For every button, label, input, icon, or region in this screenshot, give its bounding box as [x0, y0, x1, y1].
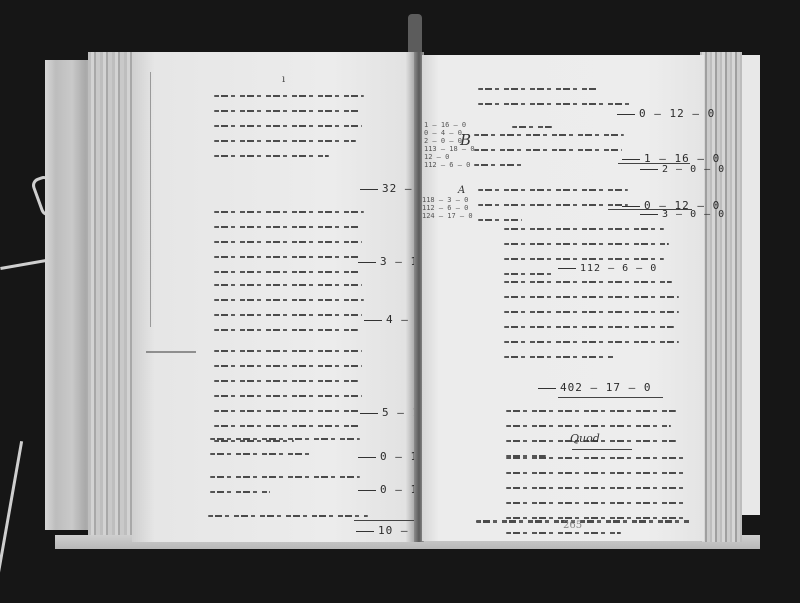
page-stack-left — [88, 52, 138, 542]
entry-amount: 402 – 17 – 0 — [538, 381, 651, 394]
left-margin-rule — [150, 72, 151, 327]
folio-number: 265 — [563, 520, 582, 531]
ledger-entry-text — [478, 88, 633, 118]
ledger-entry-text — [214, 211, 364, 286]
ledger-entry-text — [208, 515, 368, 530]
page-stack-right — [700, 52, 742, 542]
margin-letter-a: A — [458, 185, 465, 196]
total-rule — [354, 520, 416, 521]
left-page: ı 32 – 18 – 0 3 – 15 – 0 4 – 16 – 0 5 – … — [132, 52, 417, 542]
ledger-entry-text — [214, 95, 364, 170]
ledger-entry-text — [504, 228, 669, 288]
total-rule — [558, 397, 663, 398]
margin-letter-b: B — [460, 131, 471, 149]
ledger-entry-text — [476, 520, 690, 536]
header-mark: ı — [282, 74, 285, 85]
ledger-entry-text — [210, 476, 360, 506]
ledger-entry-text — [474, 126, 624, 179]
closing-rule — [572, 449, 632, 450]
entry-amount: 0 – 12 – 0 — [617, 107, 715, 120]
book-spine — [408, 14, 422, 54]
margin-annotation — [146, 351, 196, 353]
entry-subtotal: 3 – 0 – 0 — [640, 209, 725, 220]
ledger-entry-text — [214, 284, 364, 344]
ledger-entry-text — [504, 281, 679, 371]
right-page: 0 – 12 – 0 1 – 16 – 0 0 – 4 – 0 2 – 0 – … — [422, 55, 704, 541]
ledger-entry-text — [210, 438, 360, 468]
binding-cord-strand-lower — [0, 441, 23, 602]
entry-amount: 112 – 6 – 0 — [558, 263, 657, 274]
entry-subtotal: 2 – 0 – 0 — [640, 164, 725, 175]
closing-mark: Quod — [570, 432, 600, 445]
margin-calculation: 118 – 3 – 0 112 – 6 – 0 124 – 17 – 0 — [422, 196, 473, 220]
